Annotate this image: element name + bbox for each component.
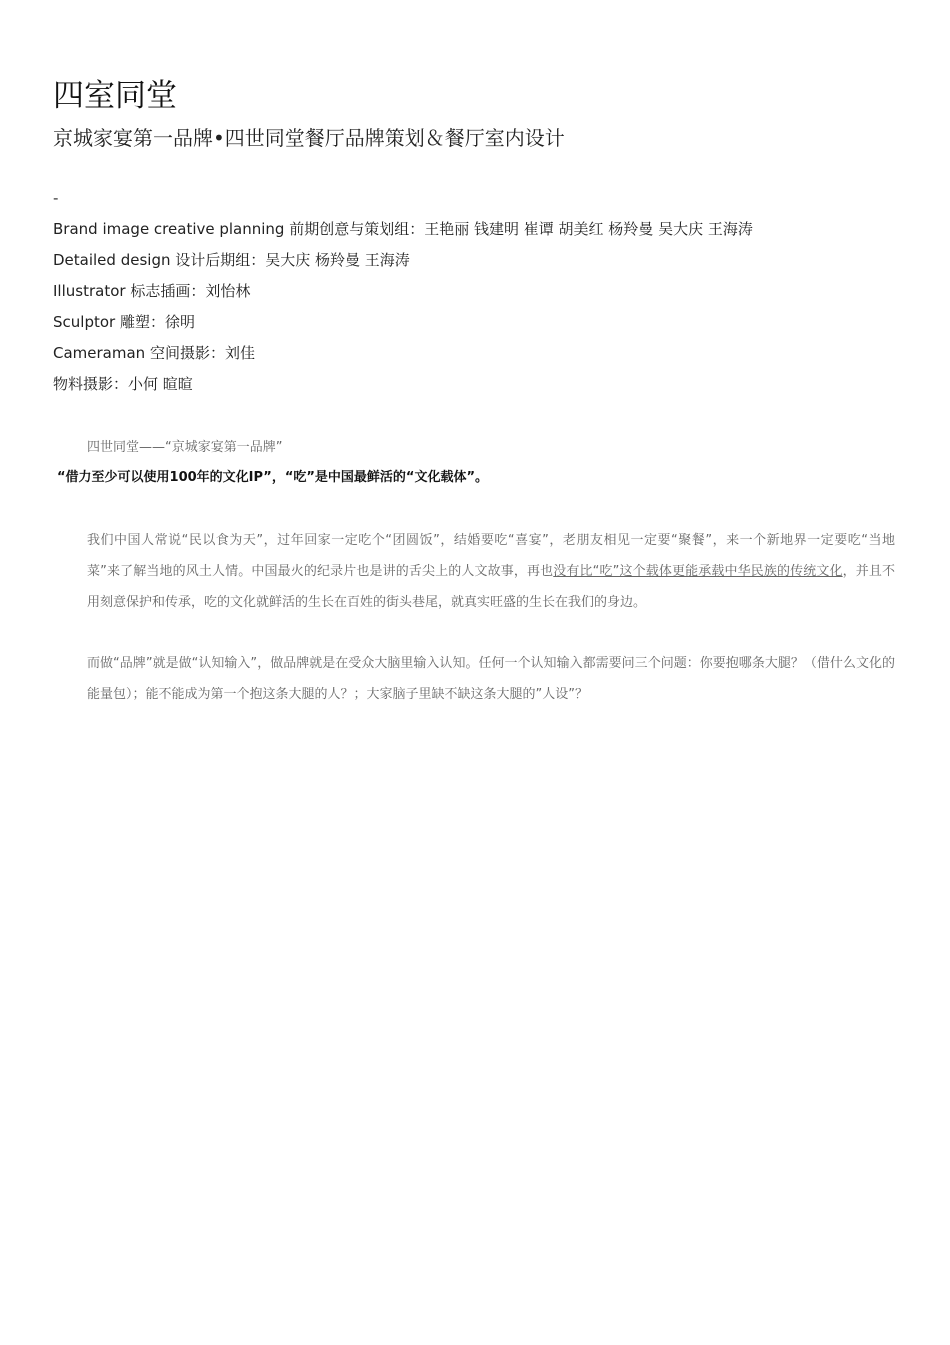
credit-material-photography: 物料摄影：小何 暄暄 — [53, 374, 753, 405]
credits-list: Brand image creative planning 前期创意与策划组：王… — [53, 219, 753, 405]
credit-brand-planning: Brand image creative planning 前期创意与策划组：王… — [53, 219, 753, 250]
section-heading: 四世同堂——“京城家宴第一品牌” — [87, 439, 282, 457]
credit-detailed-design: Detailed design 设计后期组：吴大庆 杨羚曼 王海涛 — [53, 250, 753, 281]
credit-sculptor: Sculptor 雕塑：徐明 — [53, 312, 753, 343]
separator: - — [53, 188, 58, 208]
paragraph-food-culture: 我们中国人常说“民以食为天”，过年回家一定吃个“团圆饭”，结婚要吃“喜宴”，老朋… — [87, 525, 895, 618]
paragraph-brand-cognition: 而做“品牌”就是做“认知输入”，做品牌就是在受众大脑里输入认知。任何一个认知输入… — [87, 648, 895, 710]
bold-quote: “借力至少可以使用100年的文化IP”，“吃”是中国最鲜活的“文化载体”。 — [57, 469, 488, 487]
page-subtitle: 京城家宴第一品牌•四世同堂餐厅品牌策划＆餐厅室内设计 — [53, 124, 565, 152]
underlined-text: 没有比“吃”这个载体更能承载中华民族的传统文化 — [553, 564, 842, 579]
page-title: 四室同堂 — [53, 76, 177, 116]
credit-illustrator: Illustrator 标志插画：刘怡林 — [53, 281, 753, 312]
credit-cameraman: Cameraman 空间摄影：刘佳 — [53, 343, 753, 374]
